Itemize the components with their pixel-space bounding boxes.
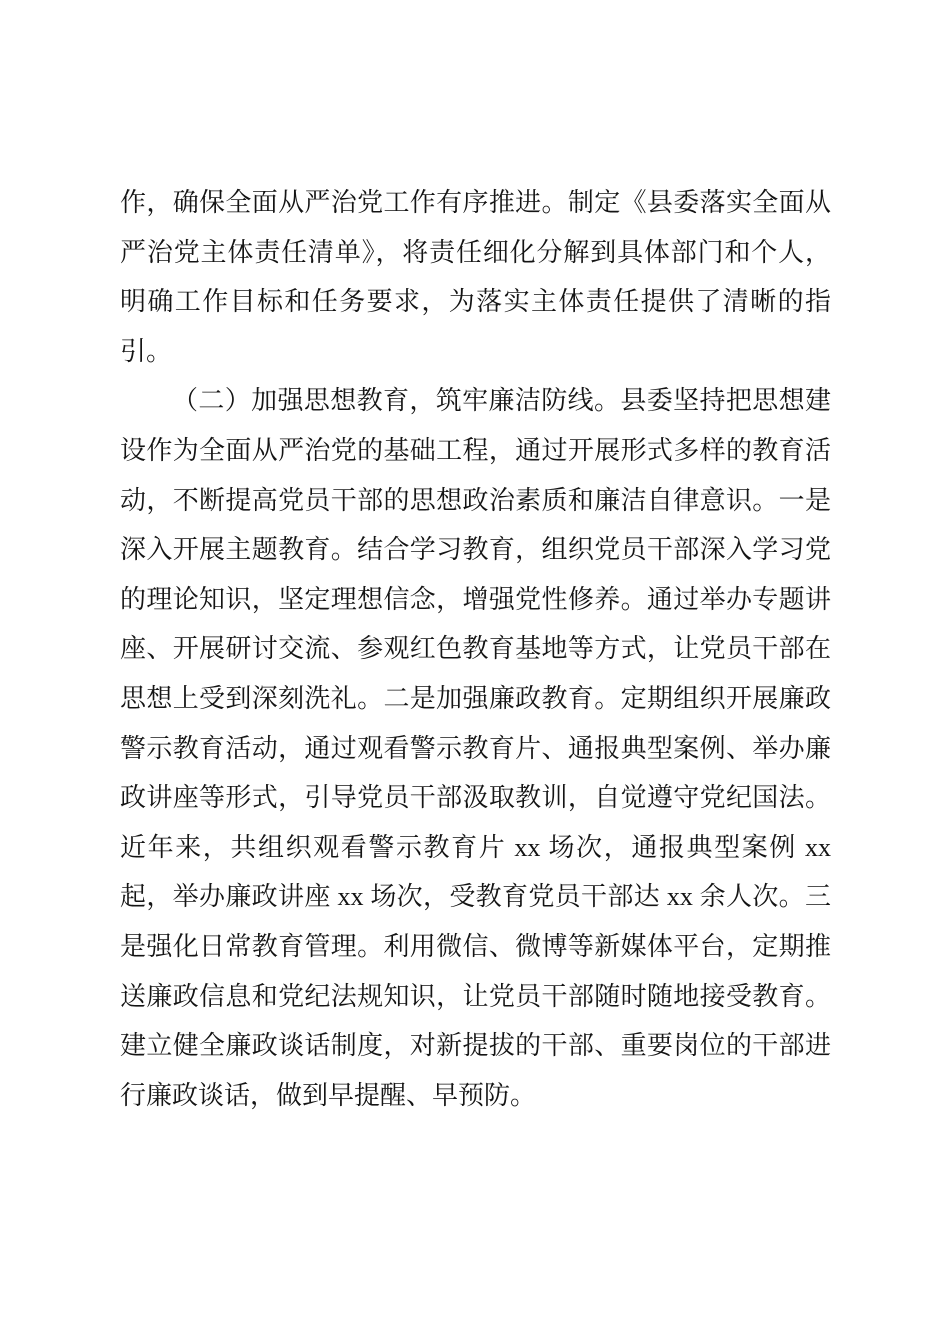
text-line: 警示教育活动，通过观看警示教育片、通报典型案例、举办廉: [120, 724, 831, 774]
text-line: 明确工作目标和任务要求，为落实主体责任提供了清晰的指: [120, 277, 831, 327]
text-line: 严治党主体责任清单》，将责任细化分解到具体部门和个人，: [120, 228, 831, 278]
paragraph-continuation: 作，确保全面从严治党工作有序推进。制定《县委落实全面从 严治党主体责任清单》，将…: [120, 178, 831, 376]
paragraph-section-two: （二）加强思想教育，筑牢廉洁防线。县委坚持把思想建 设作为全面从严治党的基础工程…: [120, 376, 831, 1120]
text-line: 起，举办廉政讲座 xx 场次，受教育党员干部达 xx 余人次。三: [120, 872, 831, 922]
text-line: 行廉政谈话，做到早提醒、早预防。: [120, 1071, 831, 1121]
text-line: 作，确保全面从严治党工作有序推进。制定《县委落实全面从: [120, 178, 831, 228]
text-line: 政讲座等形式，引导党员干部汲取教训，自觉遵守党纪国法。: [120, 773, 831, 823]
text-line: 深入开展主题教育。结合学习教育，组织党员干部深入学习党: [120, 525, 831, 575]
text-line: 思想上受到深刻洗礼。二是加强廉政教育。定期组织开展廉政: [120, 674, 831, 724]
text-line: 是强化日常教育管理。利用微信、微博等新媒体平台，定期推: [120, 922, 831, 972]
text-line: 建立健全廉政谈话制度，对新提拔的干部、重要岗位的干部进: [120, 1021, 831, 1071]
text-line: 设作为全面从严治党的基础工程，通过开展形式多样的教育活: [120, 426, 831, 476]
text-line: （二）加强思想教育，筑牢廉洁防线。县委坚持把思想建: [120, 376, 831, 426]
document-body: 作，确保全面从严治党工作有序推进。制定《县委落实全面从 严治党主体责任清单》，将…: [120, 178, 831, 1120]
text-line: 的理论知识，坚定理想信念，增强党性修养。通过举办专题讲: [120, 575, 831, 625]
text-line: 引。: [120, 327, 831, 377]
text-line: 送廉政信息和党纪法规知识，让党员干部随时随地接受教育。: [120, 972, 831, 1022]
text-line: 近年来，共组织观看警示教育片 xx 场次，通报典型案例 xx: [120, 823, 831, 873]
text-line: 动，不断提高党员干部的思想政治素质和廉洁自律意识。一是: [120, 476, 831, 526]
text-line: 座、开展研讨交流、参观红色教育基地等方式，让党员干部在: [120, 624, 831, 674]
document-page: 作，确保全面从严治党工作有序推进。制定《县委落实全面从 严治党主体责任清单》，将…: [0, 0, 950, 1344]
